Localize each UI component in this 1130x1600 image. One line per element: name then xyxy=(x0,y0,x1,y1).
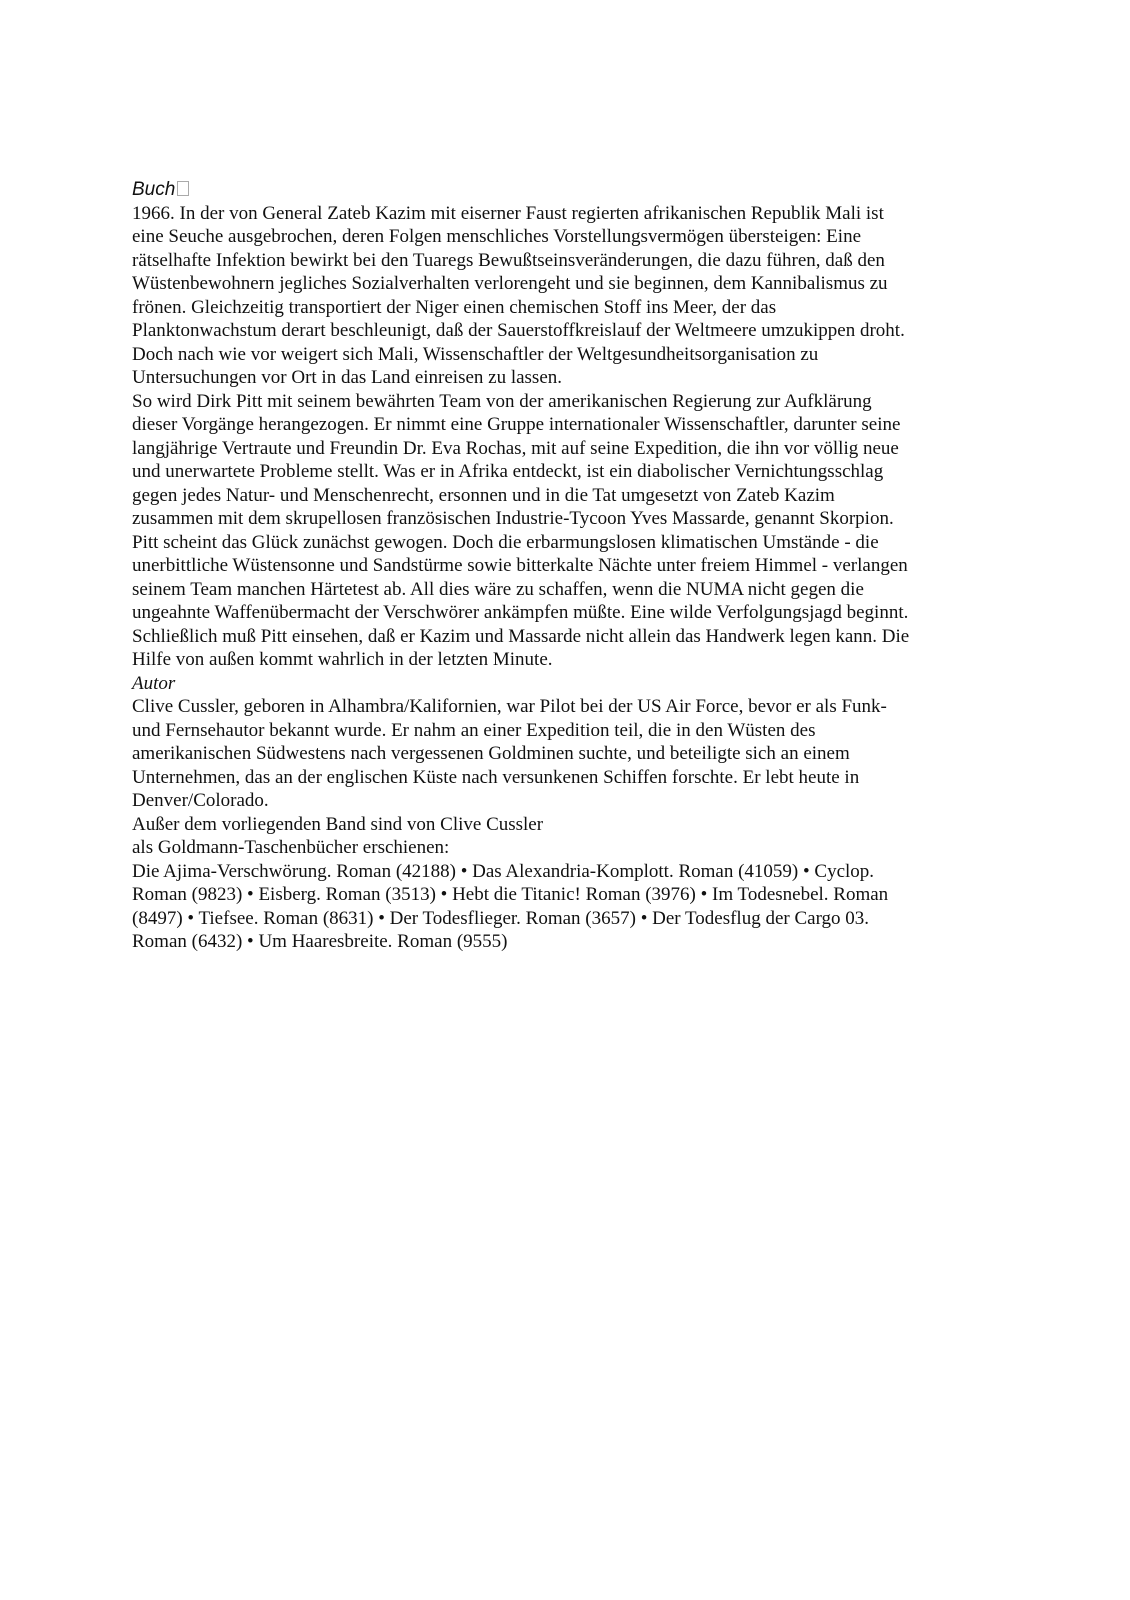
text-line: als Goldmann-Taschenbücher erschienen: xyxy=(132,836,1032,860)
missing-glyph-icon xyxy=(177,181,189,196)
book-heading: Buch xyxy=(132,178,1032,202)
text-line: frönen. Gleichzeitig transportiert der N… xyxy=(132,296,1032,320)
text-line: Denver/Colorado. xyxy=(132,789,1032,813)
text-line: Pitt scheint das Glück zunächst gewogen.… xyxy=(132,531,1032,555)
author-description: Clive Cussler, geboren in Alhambra/Kalif… xyxy=(132,695,1032,954)
document-page: Buch 1966. In der von General Zateb Kazi… xyxy=(132,178,1032,954)
text-line: rätselhafte Infektion bewirkt bei den Tu… xyxy=(132,249,1032,273)
text-line: Untersuchungen vor Ort in das Land einre… xyxy=(132,366,1032,390)
text-line: Doch nach wie vor weigert sich Mali, Wis… xyxy=(132,343,1032,367)
text-line: unerbittliche Wüstensonne und Sandstürme… xyxy=(132,554,1032,578)
book-description: 1966. In der von General Zateb Kazim mit… xyxy=(132,202,1032,672)
text-line: Wüstenbewohnern jegliches Sozialverhalte… xyxy=(132,272,1032,296)
bibliography-line: Roman (6432) • Um Haaresbreite. Roman (9… xyxy=(132,930,1032,954)
text-line: langjährige Vertraute und Freundin Dr. E… xyxy=(132,437,1032,461)
text-line: Außer dem vorliegenden Band sind von Cli… xyxy=(132,813,1032,837)
text-line: seinem Team manchen Härtetest ab. All di… xyxy=(132,578,1032,602)
text-line: Planktonwachstum derart beschleunigt, da… xyxy=(132,319,1032,343)
text-line: und unerwartete Probleme stellt. Was er … xyxy=(132,460,1032,484)
bibliography-line: Die Ajima-Verschwörung. Roman (42188) • … xyxy=(132,860,1032,884)
text-line: So wird Dirk Pitt mit seinem bewährten T… xyxy=(132,390,1032,414)
text-line: 1966. In der von General Zateb Kazim mit… xyxy=(132,202,1032,226)
text-line: Clive Cussler, geboren in Alhambra/Kalif… xyxy=(132,695,1032,719)
text-line: Schließlich muß Pitt einsehen, daß er Ka… xyxy=(132,625,1032,649)
text-line: eine Seuche ausgebrochen, deren Folgen m… xyxy=(132,225,1032,249)
text-line: ungeahnte Waffenübermacht der Verschwöre… xyxy=(132,601,1032,625)
bibliography-line: Roman (9823) • Eisberg. Roman (3513) • H… xyxy=(132,883,1032,907)
text-line: dieser Vorgänge herangezogen. Er nimmt e… xyxy=(132,413,1032,437)
bibliography-line: (8497) • Tiefsee. Roman (8631) • Der Tod… xyxy=(132,907,1032,931)
text-line: zusammen mit dem skrupellosen französisc… xyxy=(132,507,1032,531)
text-line: Hilfe von außen kommt wahrlich in der le… xyxy=(132,648,1032,672)
text-line: amerikanischen Südwestens nach vergessen… xyxy=(132,742,1032,766)
author-heading: Autor xyxy=(132,672,1032,696)
book-heading-text: Buch xyxy=(132,179,175,200)
text-line: Unternehmen, das an der englischen Küste… xyxy=(132,766,1032,790)
text-line: gegen jedes Natur- und Menschenrecht, er… xyxy=(132,484,1032,508)
text-line: und Fernsehautor bekannt wurde. Er nahm … xyxy=(132,719,1032,743)
